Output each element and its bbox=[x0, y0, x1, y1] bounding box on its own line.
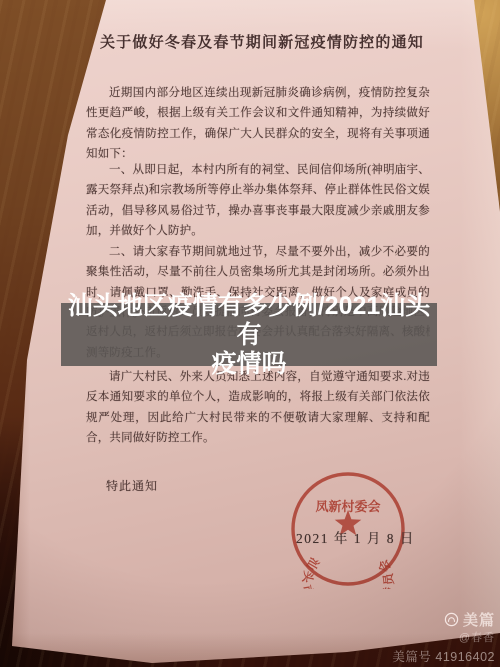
watermark-author: @春香 bbox=[392, 629, 495, 645]
paragraph-intro: 近期国内部分地区连续出现新冠肺炎确诊病例，疫情防控复杂性更趋严峻，根据上级有关工… bbox=[86, 83, 430, 165]
caption-line-2: 疫情吗 bbox=[61, 350, 437, 378]
watermark-app-name: 美篇 bbox=[463, 609, 495, 630]
caption-banner-overlay: 汕头地区疫情有多少例/2021汕头有 疫情吗 bbox=[61, 303, 437, 366]
meipian-watermark: 美篇 @春香 美篇号 41916402 bbox=[392, 610, 495, 665]
paragraph-item-1: 一、从即日起，本村内所有的祠堂、民间信仰场所(神明庙宇、露天祭拜点)和宗教场所等… bbox=[86, 160, 430, 242]
photo-of-notice: 关于做好冬春及春节期间新冠疫情防控的通知 近期国内部分地区连续出现新冠肺炎确诊病… bbox=[0, 0, 500, 667]
paragraph-closing: 请广大村民、外来人员知悉上述内容，自觉遵守通知要求.对违反本通知要求的单位个人，… bbox=[86, 367, 430, 449]
meipian-logo-icon bbox=[444, 612, 459, 627]
caption-line-1: 汕头地区疫情有多少例/2021汕头有 bbox=[61, 292, 437, 350]
notice-title: 关于做好冬春及春节期间新冠疫情防控的通知 bbox=[90, 31, 434, 52]
notice-date: 2021 年 1 月 8 日 bbox=[296, 527, 415, 547]
notice-signoff: 特此通知 bbox=[106, 477, 158, 494]
watermark-id: 美篇号 41916402 bbox=[392, 647, 495, 665]
